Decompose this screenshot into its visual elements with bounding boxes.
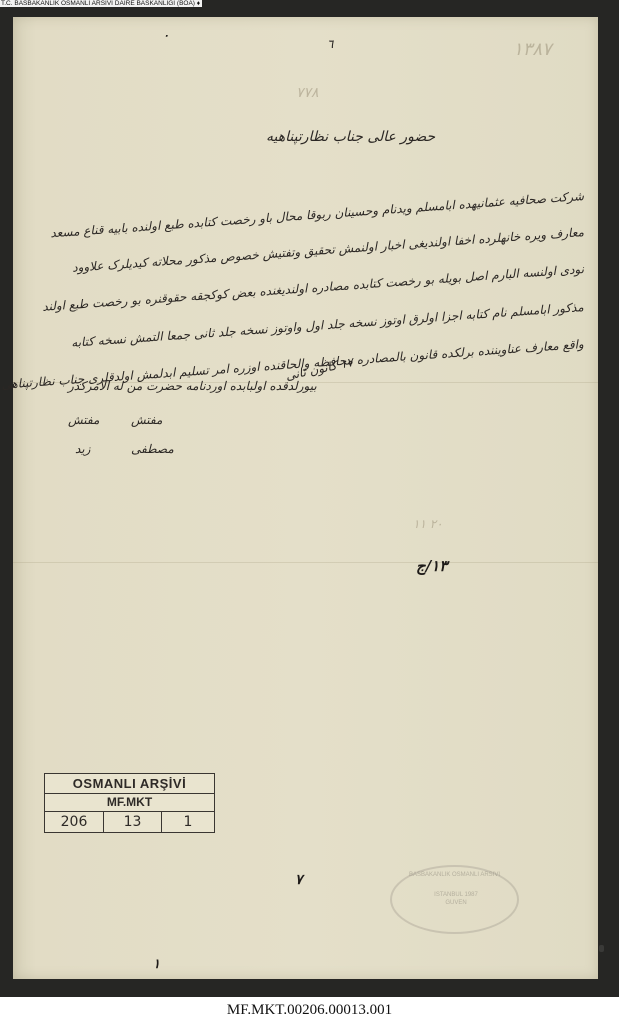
document-id-footer: MF.MKT.00206.00013.001: [0, 997, 619, 1024]
archive-reference-box: OSMANLI ARŞİVİ MF.MKT 206 13 1: [44, 773, 215, 833]
scan-edge-mark: [599, 945, 604, 952]
archive-file-number: 13: [104, 812, 162, 832]
registry-mark: ١٣/ج: [416, 557, 447, 575]
fold-line: [13, 562, 598, 563]
archive-folder-number: 206: [45, 812, 104, 832]
body-line-6: بیورلدقده اولبابده اوردنامه حضرت من له ا…: [68, 379, 317, 393]
faint-pencil-note: ٢٠ ١١: [413, 517, 443, 531]
archive-oval-stamp: BASBAKANLIK OSMANLI ARSIVI ISTANBUL 1987…: [390, 865, 519, 934]
archive-reference-cells: 206 13 1: [45, 812, 214, 832]
signature-1-name: مصطفی: [131, 442, 174, 456]
signature-2-name: زید: [75, 442, 90, 456]
stamp-center-line-1: ISTANBUL 1987: [426, 891, 486, 899]
bottom-center-mark: ٧: [295, 872, 303, 888]
stamp-ring-text: BASBAKANLIK OSMANLI ARSIVI: [392, 872, 517, 878]
document-page: ٠ ٦ ١٣٨٧ ٧٧٨ حضور عالی جناب نظارتپناهیه …: [13, 17, 598, 979]
signature-1-title: مفتش: [131, 413, 162, 427]
bottom-page-mark: ١: [153, 957, 160, 972]
faint-top-right-note: ١٣٨٧: [513, 39, 552, 60]
stamp-center-line-2: GUVEN: [426, 899, 486, 907]
archive-page-number: 1: [162, 812, 214, 832]
top-center-mark: ٦: [327, 37, 333, 51]
document-heading: حضور عالی جناب نظارتپناهیه: [266, 129, 435, 145]
archive-title: OSMANLI ARŞİVİ: [45, 774, 214, 794]
archive-collection-code: MF.MKT: [45, 794, 214, 812]
top-left-mark: ٠: [163, 29, 169, 42]
faint-top-center-note: ٧٧٨: [296, 85, 319, 101]
archive-header-label: T.C. BASBAKANLIK OSMANLI ARSIVI DAIRE BA…: [0, 0, 202, 7]
signature-2-title: مفتش: [68, 413, 99, 427]
